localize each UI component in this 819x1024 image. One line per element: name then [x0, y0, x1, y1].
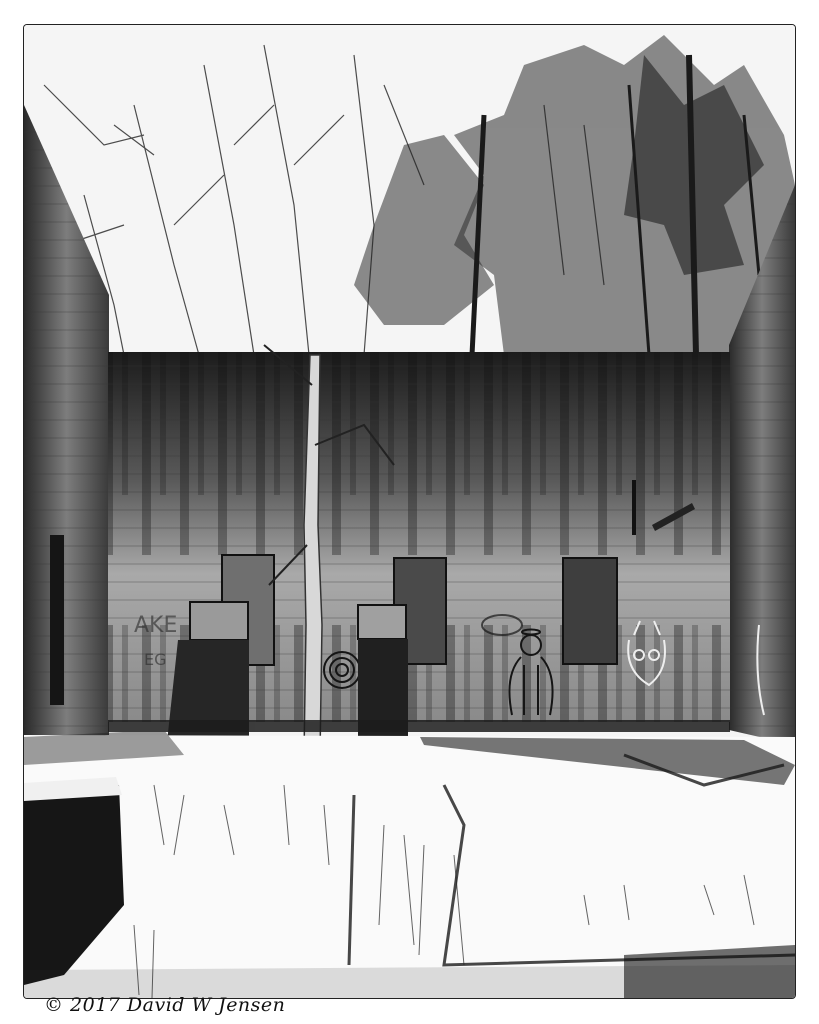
svg-text:EG: EG	[144, 650, 167, 669]
svg-text:AKE: AKE	[134, 613, 177, 638]
ruined-building-scene: AKE EG	[24, 25, 795, 998]
copyright-watermark: © 2017 David W Jensen	[44, 994, 285, 1016]
photograph: AKE EG	[24, 25, 795, 998]
